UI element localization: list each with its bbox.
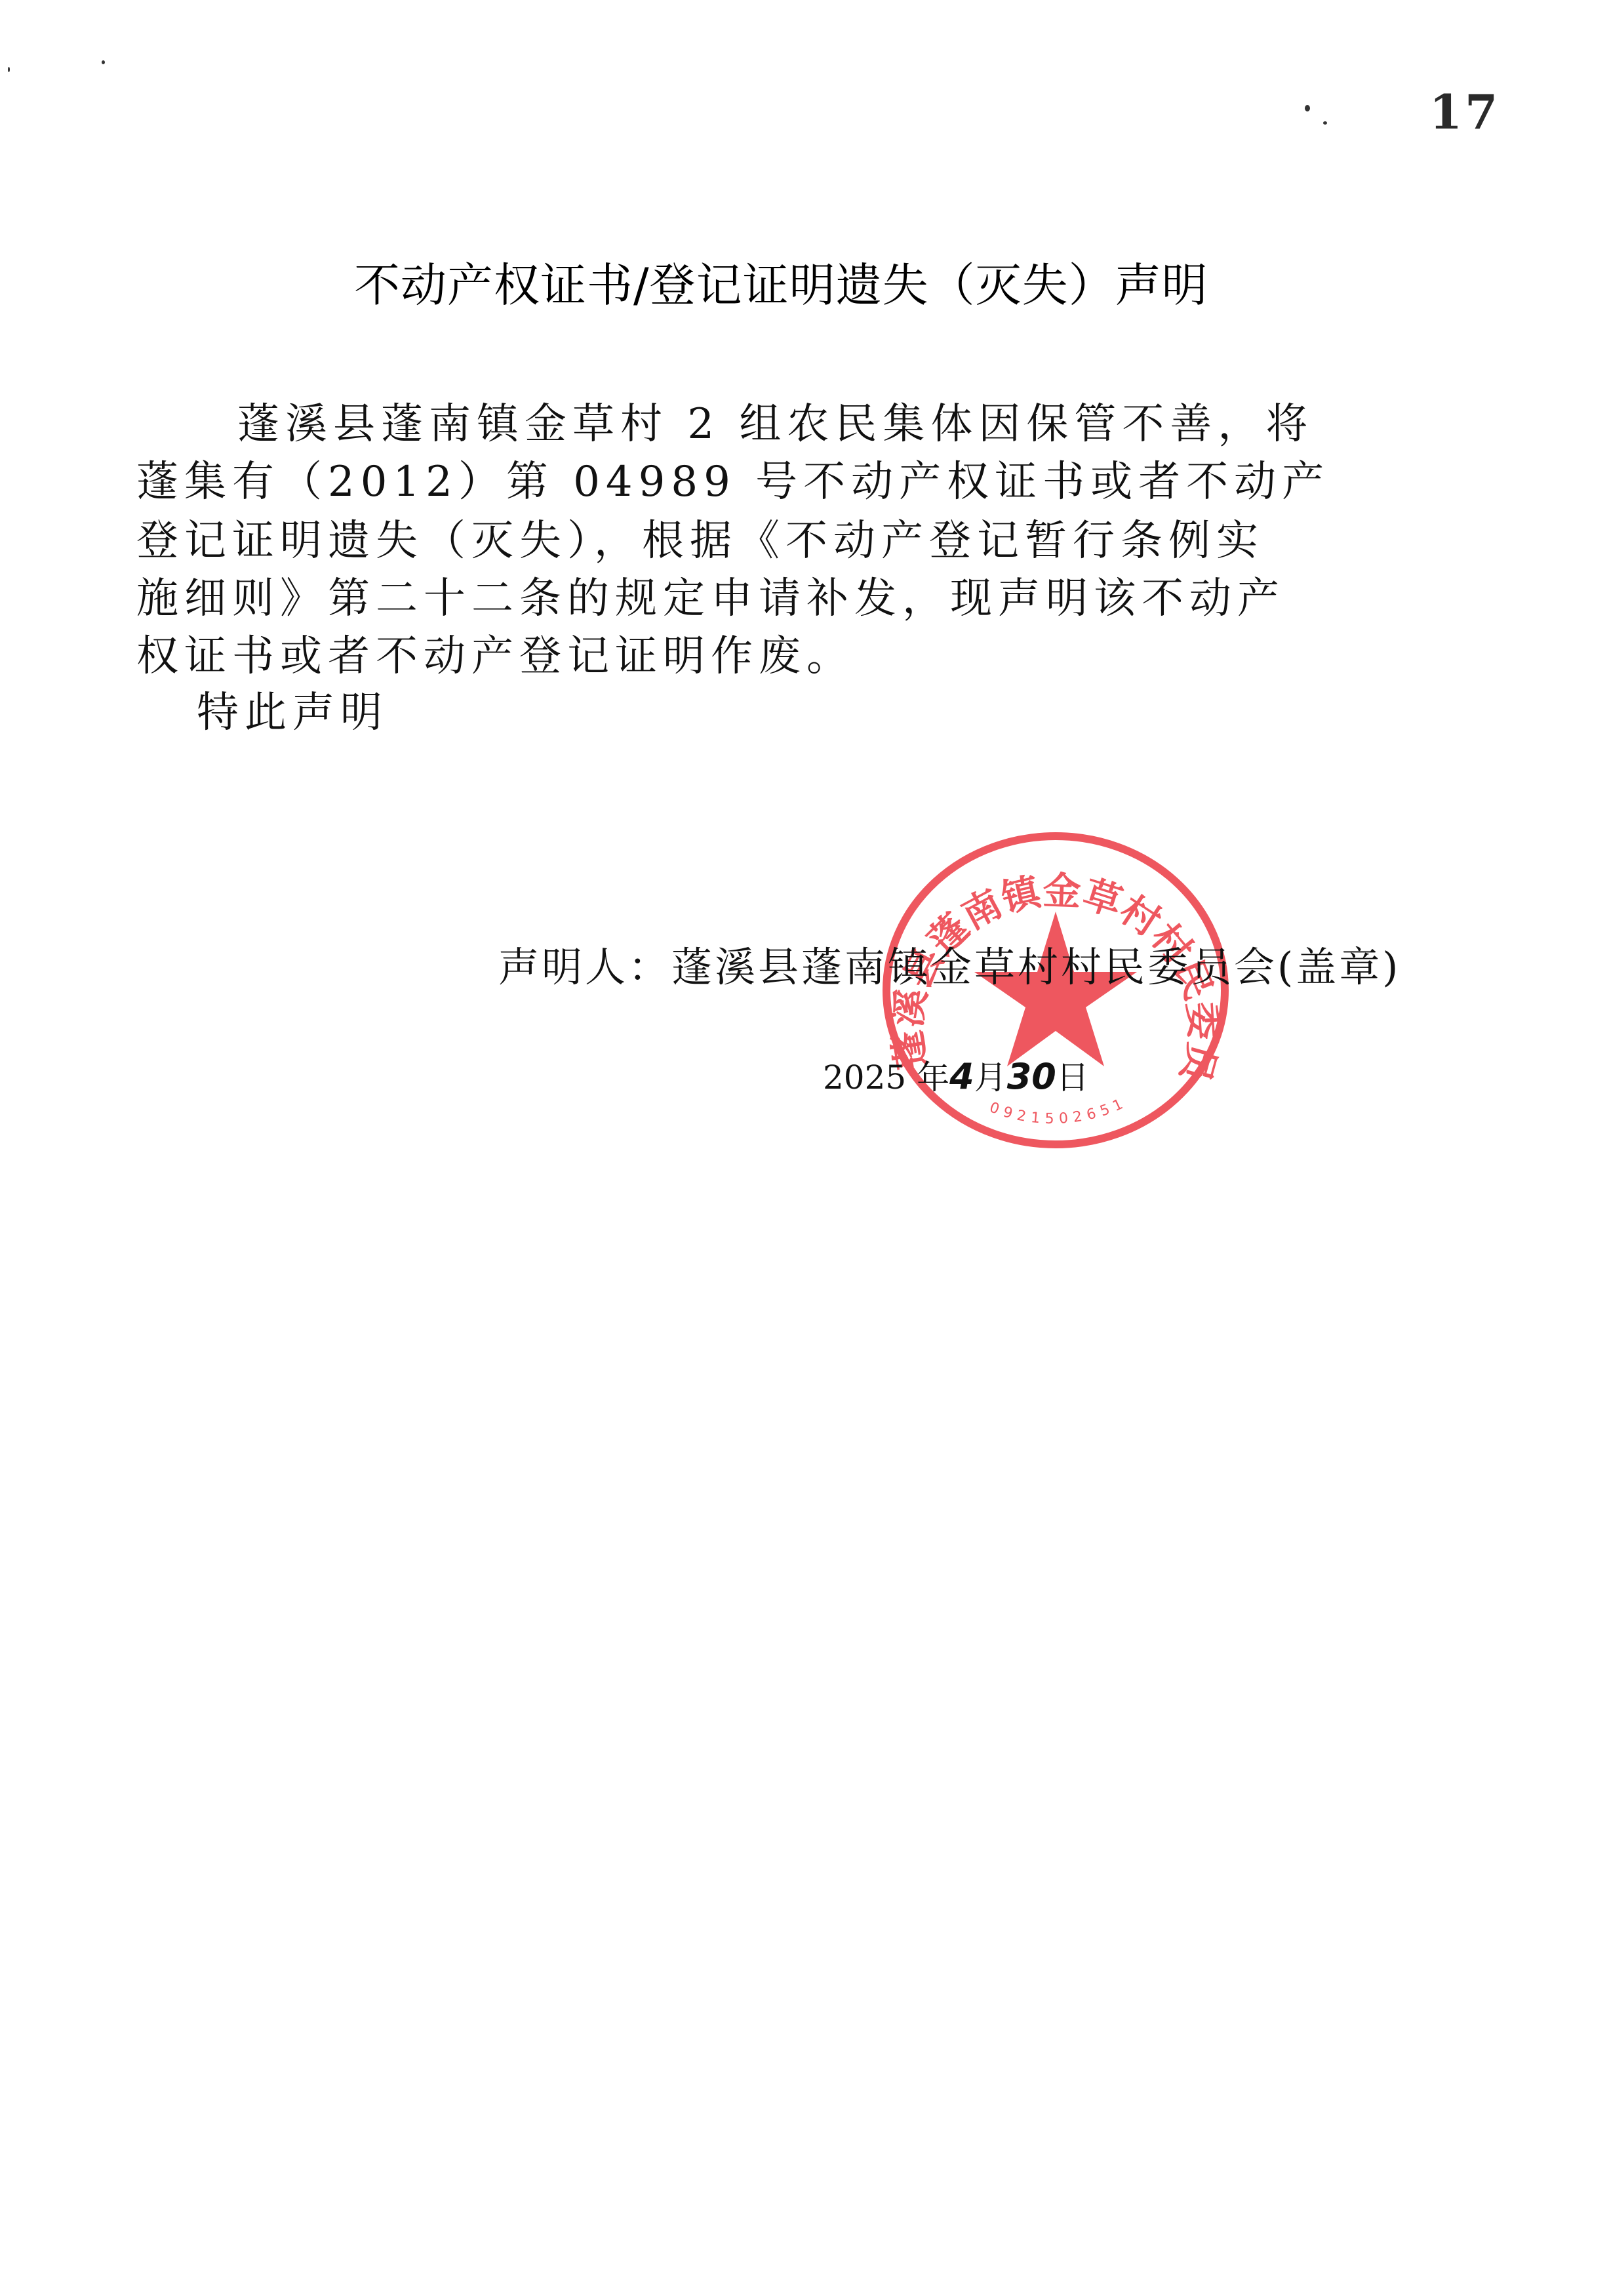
body-line: 权证书或者不动产登记证明作废。 [136, 634, 854, 679]
scan-speck [8, 67, 10, 72]
body-line: 登记证明遗失（灭失），根据《不动产登记暂行条例实 [136, 518, 1264, 564]
body-line: 蓬集有（2012）第 04989 号不动产权证书或者不动产 [136, 459, 1330, 505]
date-day-handwritten: 30 [1007, 1056, 1056, 1097]
scan-speck [1305, 105, 1310, 111]
declarant-name: 蓬溪县蓬南镇金草村村民委员会(盖章) [671, 943, 1400, 991]
date-day-unit: 日 [1056, 1058, 1089, 1097]
body-line: 施细则》第二十二条的规定申请补发，现声明该不动产 [136, 576, 1285, 622]
body-line: 蓬溪县蓬南镇金草村 2 组农民集体因保管不善，将 [237, 401, 1313, 447]
declaration-date: 2025 年4月30日 [823, 1057, 1089, 1097]
page-number: 17 [1429, 84, 1500, 140]
scan-speck [102, 60, 105, 64]
date-year-unit: 年 [917, 1058, 949, 1097]
date-month-unit: 月 [974, 1058, 1007, 1097]
declarant-line: 声明人：蓬溪县蓬南镇金草村村民委员会(盖章) [498, 944, 1400, 990]
document-title: 不动产权证书/登记证明遗失（灭失）声明 [354, 259, 1272, 312]
scan-speck [1323, 121, 1327, 125]
declarant-label: 声明人： [498, 943, 671, 991]
date-month-handwritten: 4 [949, 1056, 974, 1097]
date-year: 2025 [823, 1058, 906, 1097]
closing-statement: 特此声明 [197, 690, 388, 736]
